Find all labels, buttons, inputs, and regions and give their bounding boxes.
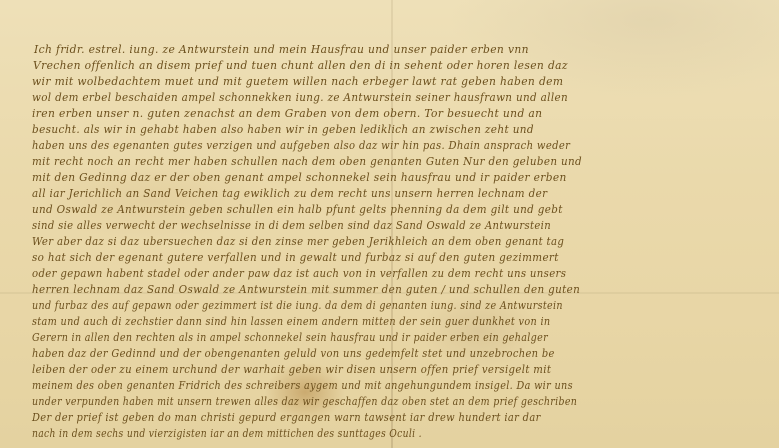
text-line-11: und Oswald ze Antwurstein geben schullen… <box>32 202 563 216</box>
text-line-7: haben uns des egenanten gutes verzigen u… <box>32 138 570 152</box>
text-line-1: Ich fridr. estrel. iung. ze Antwurstein … <box>34 42 529 56</box>
text-line-10: all iar Jerichlich an Sand Veichen tag e… <box>32 186 547 200</box>
text-line-4: wol dem erbel beschaiden ampel schonnekk… <box>32 90 568 104</box>
text-line-17: und furbaz des auf gepawn oder gezimmert… <box>32 298 563 312</box>
text-line-21: leiben der oder zu einem urchund der war… <box>32 362 551 376</box>
text-line-20: haben daz der Gedinnd und der obengenant… <box>32 346 555 360</box>
text-line-13: Wer aber daz si daz ubersuechen daz si d… <box>32 234 564 248</box>
text-line-25: nach in dem sechs und vierzigisten iar a… <box>32 426 422 440</box>
text-line-12: sind sie alles verwecht der wechselnisse… <box>32 218 551 232</box>
text-line-22: meinem des oben genanten Fridrich des sc… <box>32 378 573 392</box>
text-line-24: Der der prief ist geben do man christi g… <box>32 410 541 424</box>
text-line-3: wir mit wolbedachtem muet und mit guetem… <box>32 74 563 88</box>
manuscript-page: Ich fridr. estrel. iung. ze Antwurstein … <box>0 0 779 448</box>
text-line-14: so hat sich der egenant gutere verfallen… <box>32 250 559 264</box>
text-line-15: oder gepawn habent stadel oder ander paw… <box>32 266 566 280</box>
text-line-5: iren erben unser n. guten zenachst an de… <box>32 106 542 120</box>
text-line-19: Gerern in allen den rechten als in ampel… <box>32 330 548 344</box>
text-line-8: mit recht noch an recht mer haben schull… <box>32 154 582 168</box>
text-line-23: under verpunden haben mit unsern trewen … <box>32 394 577 408</box>
text-line-9: mit den Gedinng daz er der oben genant a… <box>32 170 567 184</box>
text-line-18: stam und auch di zechstier dann sind hin… <box>32 314 550 328</box>
text-line-16: herren lechnam daz Sand Oswald ze Antwur… <box>32 282 580 296</box>
text-line-6: besucht. als wir in gehabt haben also ha… <box>32 122 534 136</box>
text-line-2: Vrechen offenlich an disem prief und tue… <box>33 58 568 72</box>
